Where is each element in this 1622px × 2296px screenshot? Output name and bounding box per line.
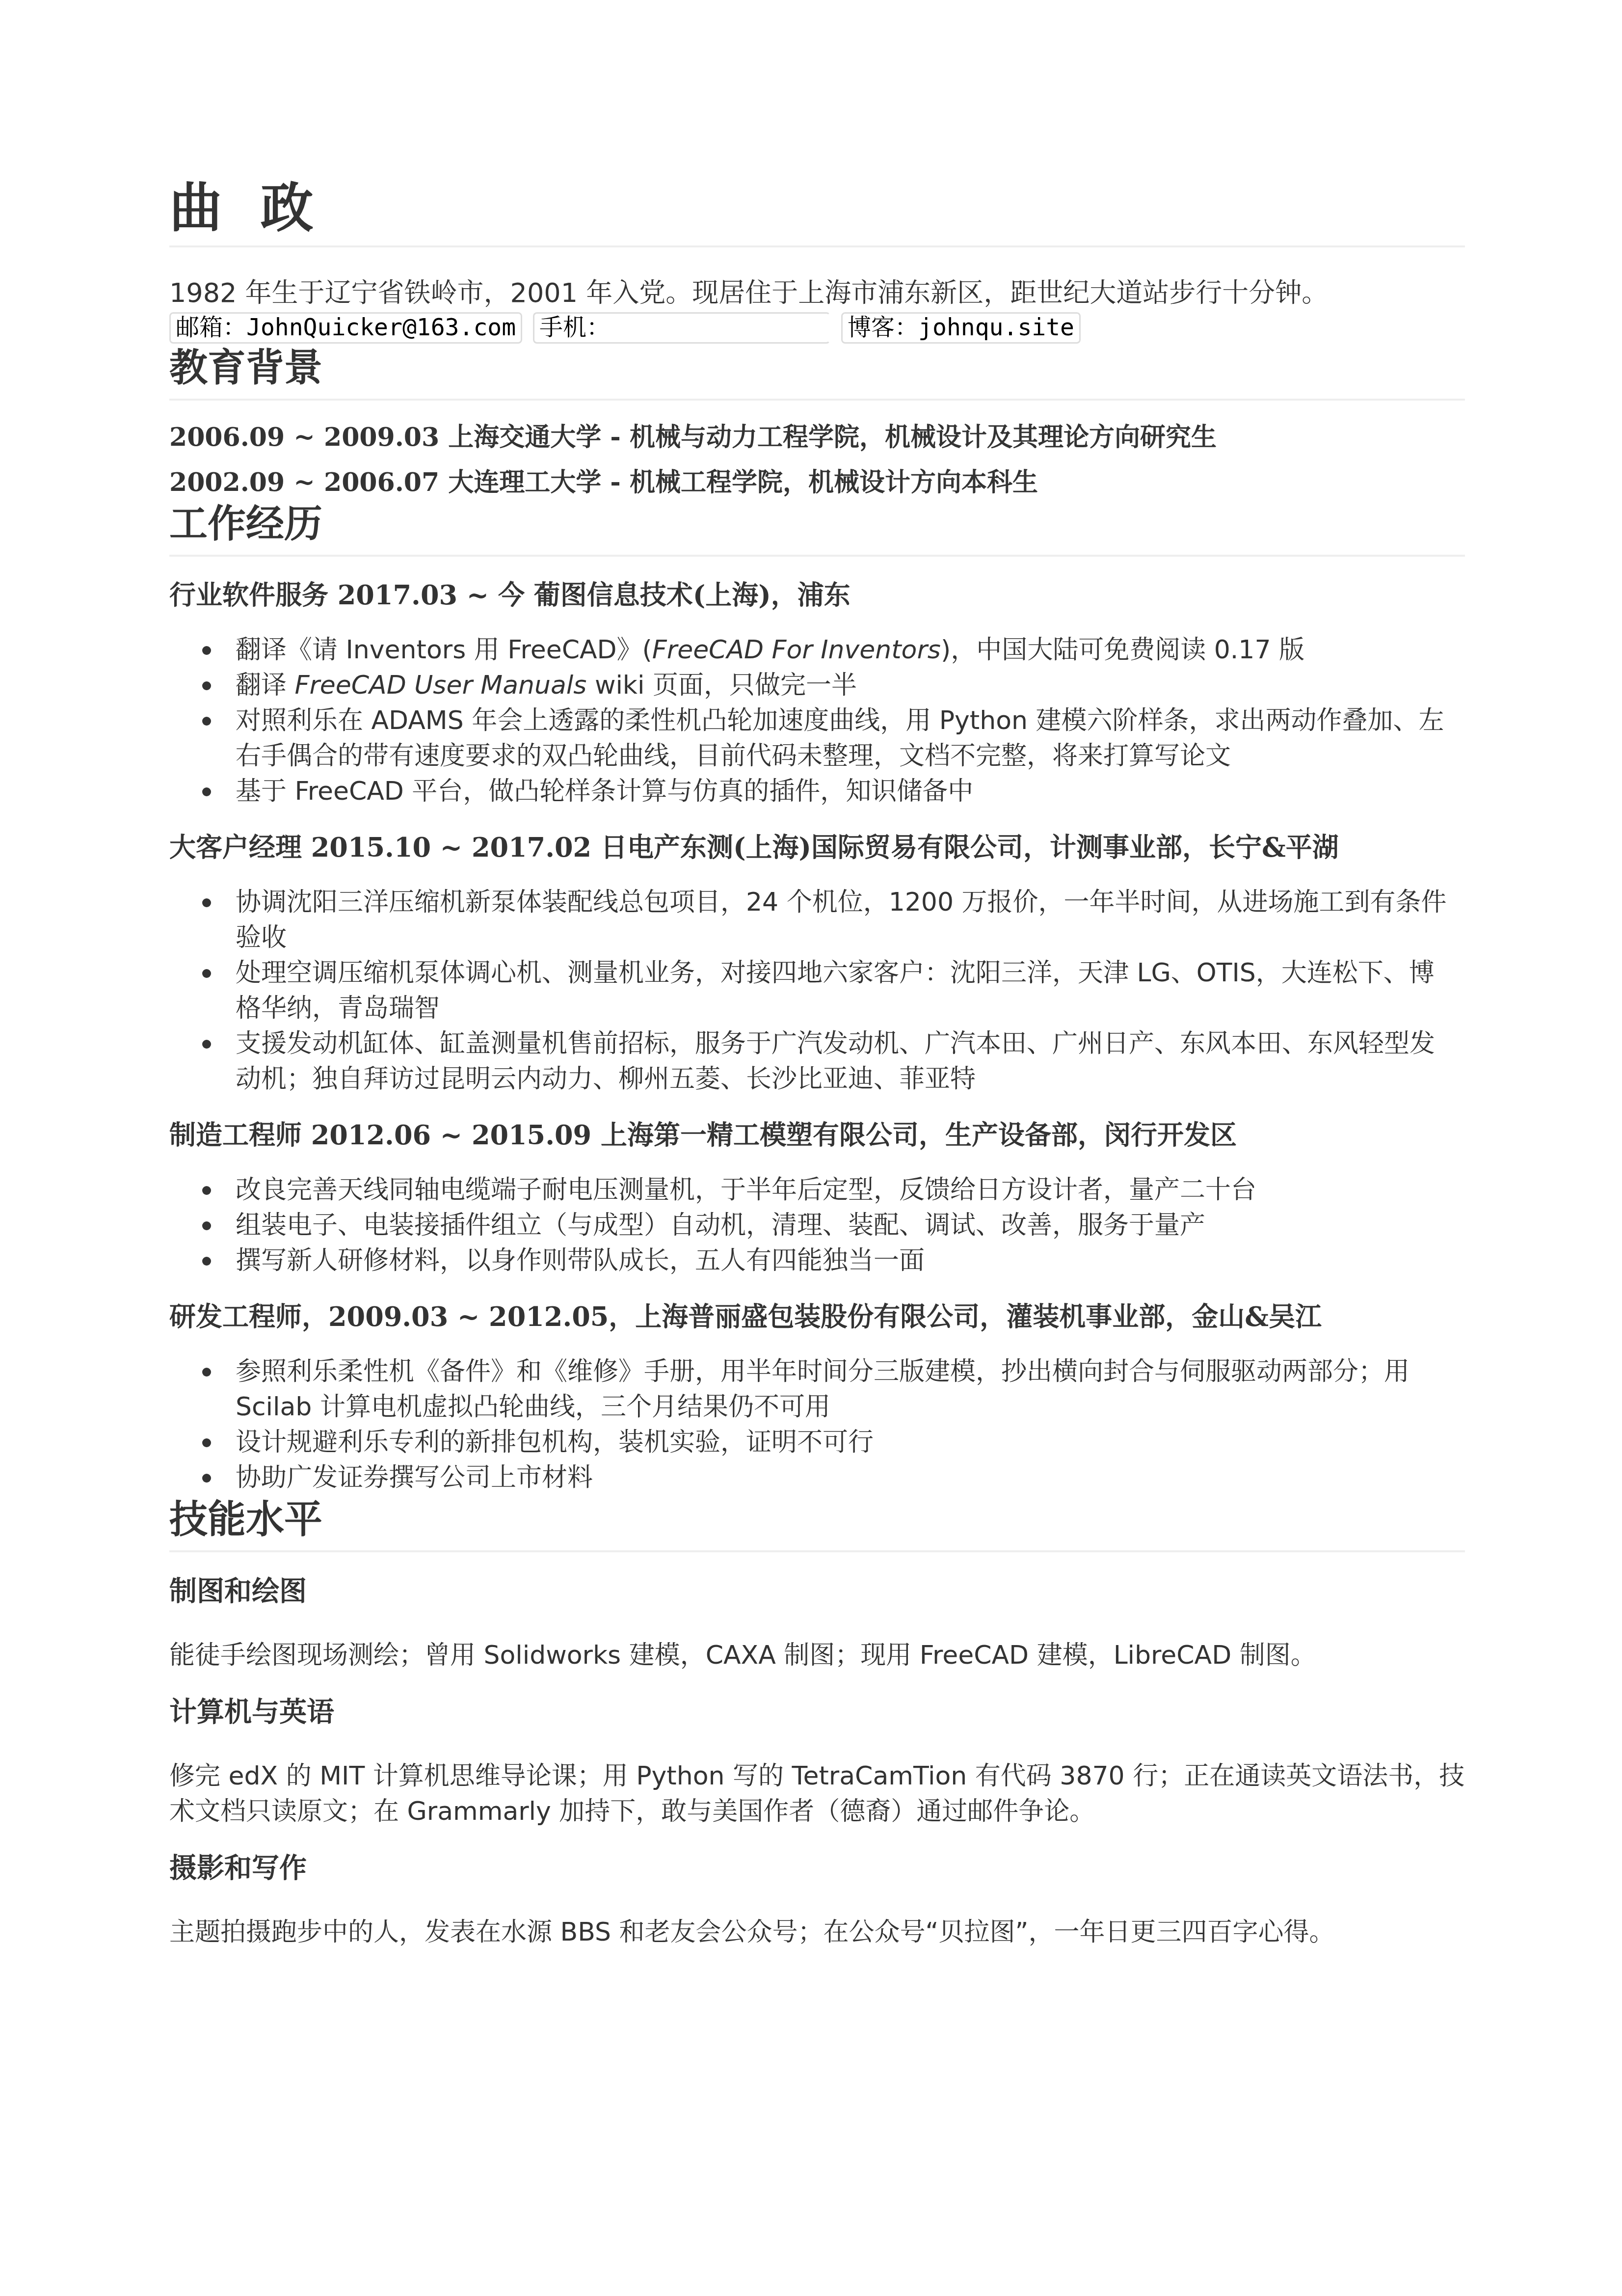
bullet-item: 支援发动机缸体、缸盖测量机售前招标，服务于广汽发动机、广汽本田、广州日产、东风本… (236, 1026, 1465, 1097)
job-heading: 大客户经理 2015.10 ~ 2017.02 日电产东测(上海)国际贸易有限公… (169, 830, 1465, 865)
bullet-text: 基于 FreeCAD 平台，做凸轮样条计算与仿真的插件，知识储备中 (236, 777, 973, 806)
bullet-item: 改良完善天线同轴电缆端子耐电压测量机，于半年后定型，反馈给日方设计者，量产二十台 (236, 1172, 1465, 1208)
bullet-item: 翻译《请 Inventors 用 FreeCAD》(FreeCAD For In… (236, 632, 1465, 668)
bullet-item: 基于 FreeCAD 平台，做凸轮样条计算与仿真的插件，知识储备中 (236, 774, 1465, 809)
job-heading: 行业软件服务 2017.03 ~ 今 葡图信息技术(上海)，浦东 (169, 577, 1465, 613)
resume-name: 曲 政 (169, 177, 1465, 247)
email-value: JohnQuicker@163.com (246, 314, 516, 341)
job-heading: 研发工程师，2009.03 ~ 2012.05，上海普丽盛包装股份有限公司，灌装… (169, 1299, 1465, 1334)
education-item: 2006.09 ~ 2009.03 上海交通大学 - 机械与动力工程学院，机械设… (169, 420, 1465, 455)
bullet-text: )，中国大陆可免费阅读 0.17 版 (941, 635, 1304, 665)
job-bullets: 协调沈阳三洋压缩机新泵体装配线总包项目，24 个机位，1200 万报价，一年半时… (169, 885, 1465, 1097)
bullet-item: 设计规避利乐专利的新排包机构，装机实验，证明不可行 (236, 1425, 1465, 1460)
bullet-item: 参照利乐柔性机《备件》和《维修》手册，用半年时间分三版建模，抄出横向封合与伺服驱… (236, 1354, 1465, 1425)
job-bullets: 翻译《请 Inventors 用 FreeCAD》(FreeCAD For In… (169, 632, 1465, 809)
bullet-item: 翻译 FreeCAD User Manuals wiki 页面，只做完一半 (236, 668, 1465, 703)
bullet-item: 撰写新人研修材料，以身作则带队成长，五人有四能独当一面 (236, 1243, 1465, 1278)
skill-heading: 摄影和写作 (169, 1850, 1465, 1887)
section-title-skills: 技能水平 (169, 1495, 1465, 1552)
bullet-text: wiki 页面，只做完一半 (586, 671, 857, 700)
skill-heading: 计算机与英语 (169, 1694, 1465, 1731)
section-title-work: 工作经历 (169, 500, 1465, 557)
bullet-item: 对照利乐在 ADAMS 年会上透露的柔性机凸轮加速度曲线，用 Python 建模… (236, 703, 1465, 774)
blog-label: 博客： (848, 314, 918, 341)
phone-chip[interactable]: 手机： (533, 312, 830, 344)
bullet-item: 协助广发证券撰写公司上市材料 (236, 1460, 1465, 1495)
blog-chip[interactable]: 博客：johnqu.site (841, 312, 1081, 344)
skill-text: 修完 edX 的 MIT 计算机思维导论课；用 Python 写的 TetraC… (169, 1758, 1465, 1829)
bullet-text: 翻译 (236, 671, 295, 700)
bullet-item: 组装电子、电装接插件组立（与成型）自动机，清理、装配、调试、改善，服务于量产 (236, 1208, 1465, 1243)
skill-heading: 制图和绘图 (169, 1573, 1465, 1610)
skill-text: 能徒手绘图现场测绘；曾用 Solidworks 建模，CAXA 制图；现用 Fr… (169, 1638, 1465, 1673)
book-title: FreeCAD For Inventors (652, 635, 941, 665)
email-label: 邮箱： (176, 314, 246, 341)
skill-text: 主题拍摄跑步中的人，发表在水源 BBS 和老友会公众号；在公众号“贝拉图”，一年… (169, 1915, 1465, 1950)
contact-row: 邮箱：JohnQuicker@163.com 手机： 博客：johnqu.sit… (169, 312, 1465, 344)
bullet-text: 对照利乐在 ADAMS 年会上透露的柔性机凸轮加速度曲线，用 Python 建模… (236, 706, 1444, 771)
resume-page: 曲 政 1982 年生于辽宁省铁岭市，2001 年入党。现居住于上海市浦东新区，… (169, 177, 1465, 1950)
phone-label: 手机： (539, 314, 610, 341)
bullet-text: 翻译《请 Inventors 用 FreeCAD》( (236, 635, 652, 665)
intro-text: 1982 年生于辽宁省铁岭市，2001 年入党。现居住于上海市浦东新区，距世纪大… (169, 276, 1465, 310)
email-chip[interactable]: 邮箱：JohnQuicker@163.com (169, 312, 522, 344)
job-heading: 制造工程师 2012.06 ~ 2015.09 上海第一精工模塑有限公司，生产设… (169, 1117, 1465, 1153)
job-bullets: 参照利乐柔性机《备件》和《维修》手册，用半年时间分三版建模，抄出横向封合与伺服驱… (169, 1354, 1465, 1495)
book-title: FreeCAD User Manuals (295, 671, 587, 700)
bullet-item: 处理空调压缩机泵体调心机、测量机业务，对接四地六家客户：沈阳三洋，天津 LG、O… (236, 955, 1465, 1026)
education-item: 2002.09 ~ 2006.07 大连理工大学 - 机械工程学院，机械设计方向… (169, 465, 1465, 500)
section-title-education: 教育背景 (169, 344, 1465, 401)
blog-value: johnqu.site (918, 314, 1074, 341)
job-bullets: 改良完善天线同轴电缆端子耐电压测量机，于半年后定型，反馈给日方设计者，量产二十台… (169, 1172, 1465, 1278)
bullet-item: 协调沈阳三洋压缩机新泵体装配线总包项目，24 个机位，1200 万报价，一年半时… (236, 885, 1465, 955)
